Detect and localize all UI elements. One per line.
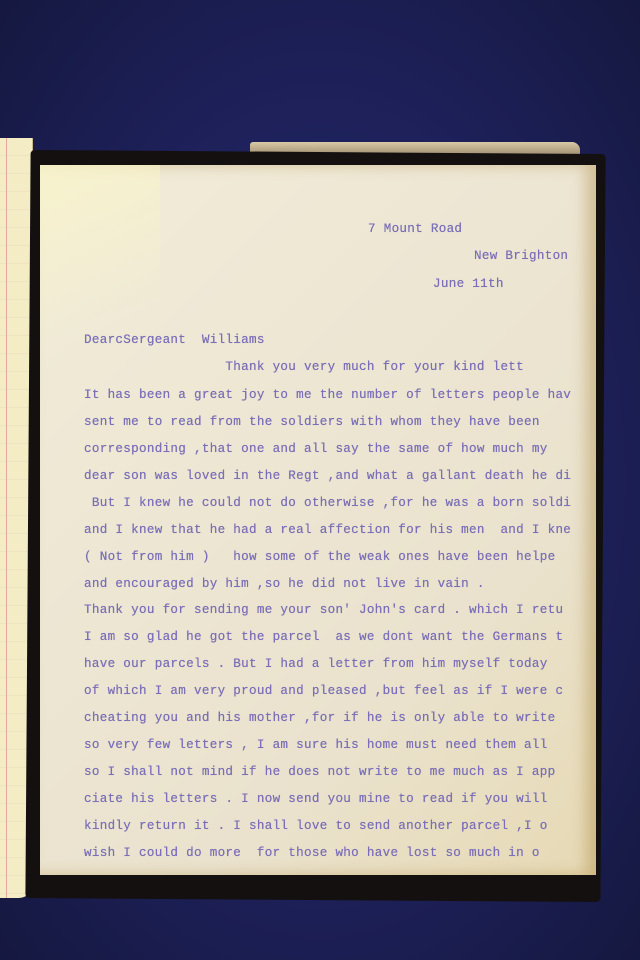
body-line: kindly return it . I shall love to send … [84, 819, 548, 833]
letter-date: June 11th [433, 277, 504, 291]
body-line: and encouraged by him ,so he did not liv… [84, 577, 485, 591]
body-line: ciate his letters . I now send you mine … [84, 792, 548, 806]
body-line: of which I am very proud and pleased ,bu… [84, 684, 563, 698]
body-line: Thank you very much for your kind lett [84, 360, 524, 374]
body-line: have our parcels . But I had a letter fr… [84, 657, 548, 671]
body-line: sent me to read from the soldiers with w… [84, 415, 540, 429]
body-line: dear son was loved in the Regt ,and what… [84, 469, 571, 483]
address-town: New Brighton [474, 249, 568, 263]
body-line: cheating you and his mother ,for if he i… [84, 711, 555, 725]
body-line: and I knew that he had a real affection … [84, 523, 571, 537]
body-line: so I shall not mind if he does not write… [84, 765, 555, 779]
body-line: I am so glad he got the parcel as we don… [84, 630, 563, 644]
salutation: DearcSergeant Williams [84, 333, 265, 347]
body-line: Thank you for sending me your son' John'… [84, 603, 563, 617]
body-line: ( Not from him ) how some of the weak on… [84, 550, 555, 564]
body-line: wish I could do more for those who have … [84, 846, 540, 860]
body-line: It has been a great joy to me the number… [84, 388, 571, 402]
body-line: corresponding ,that one and all say the … [84, 442, 548, 456]
address-street: 7 Mount Road [368, 222, 462, 236]
body-line: so very few letters , I am sure his home… [84, 738, 548, 752]
body-line: But I knew he could not do otherwise ,fo… [84, 496, 571, 510]
